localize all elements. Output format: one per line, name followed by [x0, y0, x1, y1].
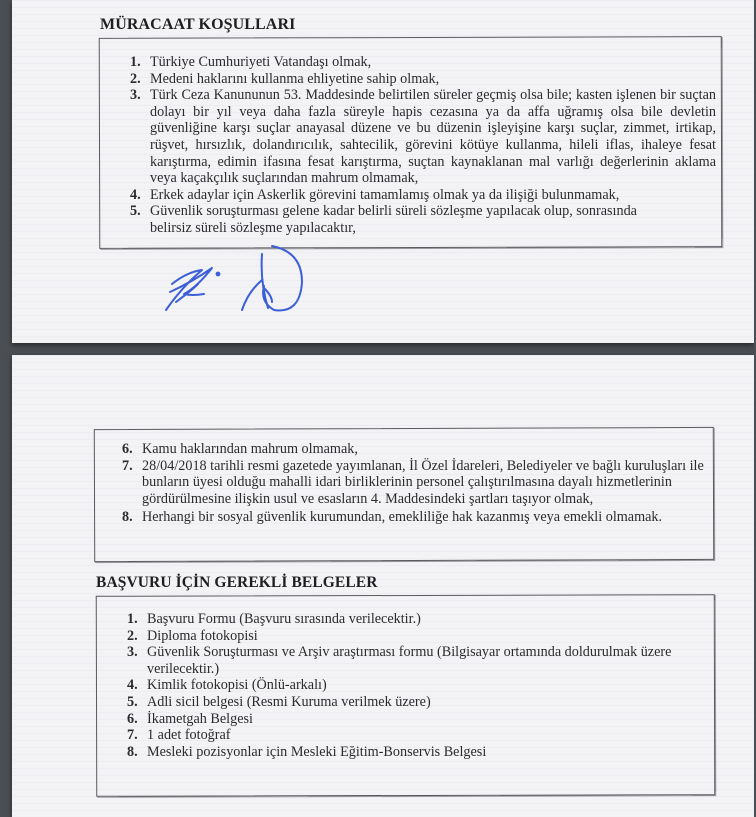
section-title-basvuru-belgeleri: BAŞVURU İÇİN GEREKLİ BELGELER [96, 574, 378, 592]
item-number: 5. [130, 203, 141, 220]
list-item: 1.Türkiye Cumhuriyeti Vatandaşı olmak, [130, 54, 716, 71]
item-text: Kimlik fotokopisi (Önlü-arkalı) [147, 677, 709, 694]
item-text: Medeni haklarını kullanma ehliyetine sah… [150, 71, 716, 88]
item-text: Türk Ceza Kanununun 53. Maddesinde belir… [150, 87, 716, 187]
item-text: Adli sicil belgesi (Resmi Kuruma verilme… [147, 694, 709, 711]
item-text: Kamu haklarından mahrum olmamak, [142, 441, 712, 458]
document-page-1: MÜRACAAT KOŞULLARI 1.Türkiye Cumhuriyeti… [12, 0, 754, 343]
list-item: 1.Başvuru Formu (Başvuru sırasında veril… [127, 611, 709, 628]
item-number: 2. [130, 71, 141, 88]
list-item: 7.28/04/2018 tarihli resmi gazetede yayı… [122, 458, 712, 508]
item-text: Başvuru Formu (Başvuru sırasında verilec… [147, 611, 709, 628]
item-text: 1 adet fotoğraf [147, 727, 709, 744]
list-item: 6.İkametgah Belgesi [127, 711, 709, 728]
item-number: 5. [127, 694, 138, 711]
item-number: 3. [130, 87, 141, 104]
item-number: 8. [122, 509, 133, 526]
item-number: 7. [127, 727, 138, 744]
list-item: 4.Erkek adaylar için Askerlik görevini t… [130, 187, 716, 204]
item-number: 6. [127, 711, 138, 728]
list-item: 4.Kimlik fotokopisi (Önlü-arkalı) [127, 677, 709, 694]
item-text: Diploma fotokopisi [147, 628, 709, 645]
item-number: 4. [127, 677, 138, 694]
list-item: 2.Diploma fotokopisi [127, 628, 709, 645]
document-page-2: 6.Kamu haklarından mahrum olmamak, 7.28/… [12, 355, 754, 817]
item-number: 4. [130, 187, 141, 204]
list-item: 2.Medeni haklarını kullanma ehliyetine s… [130, 71, 716, 88]
item-text: İkametgah Belgesi [147, 711, 709, 728]
list-item: 8.Mesleki pozisyonlar için Mesleki Eğiti… [127, 744, 709, 761]
list-item: 8.Herhangi bir sosyal güvenlik kurumunda… [122, 509, 712, 526]
documents-list: 1.Başvuru Formu (Başvuru sırasında veril… [127, 611, 709, 760]
item-number: 3. [127, 644, 138, 661]
item-text: 28/04/2018 tarihli resmi gazetede yayıml… [142, 458, 712, 508]
item-text: Güvenlik Soruşturması ve Arşiv araştırma… [147, 644, 709, 677]
list-item: 6.Kamu haklarından mahrum olmamak, [122, 441, 712, 458]
document-viewer[interactable]: MÜRACAAT KOŞULLARI 1.Türkiye Cumhuriyeti… [0, 0, 756, 817]
item-text: Herhangi bir sosyal güvenlik kurumundan,… [142, 509, 712, 526]
item-number: 1. [127, 611, 138, 628]
section-title-muracaat-kosullari: MÜRACAAT KOŞULLARI [100, 16, 295, 34]
item-text: Erkek adaylar için Askerlik görevini tam… [150, 187, 716, 204]
item-text: Mesleki pozisyonlar için Mesleki Eğitim-… [147, 744, 709, 761]
item-number: 1. [130, 54, 141, 71]
item-number: 2. [127, 628, 138, 645]
list-item: 3.Güvenlik Soruşturması ve Arşiv araştır… [127, 644, 709, 677]
list-item: 5.Adli sicil belgesi (Resmi Kuruma veril… [127, 694, 709, 711]
list-item: 7.1 adet fotoğraf [127, 727, 709, 744]
item-number: 6. [122, 441, 133, 458]
item-number: 8. [127, 744, 138, 761]
list-item: 3.Türk Ceza Kanununun 53. Maddesinde bel… [130, 87, 716, 187]
conditions-list: 1.Türkiye Cumhuriyeti Vatandaşı olmak, 2… [130, 54, 716, 237]
signature-icon [152, 232, 322, 322]
item-text: Türkiye Cumhuriyeti Vatandaşı olmak, [150, 54, 716, 71]
item-number: 7. [122, 458, 133, 475]
conditions-continued-list: 6.Kamu haklarından mahrum olmamak, 7.28/… [122, 441, 712, 526]
